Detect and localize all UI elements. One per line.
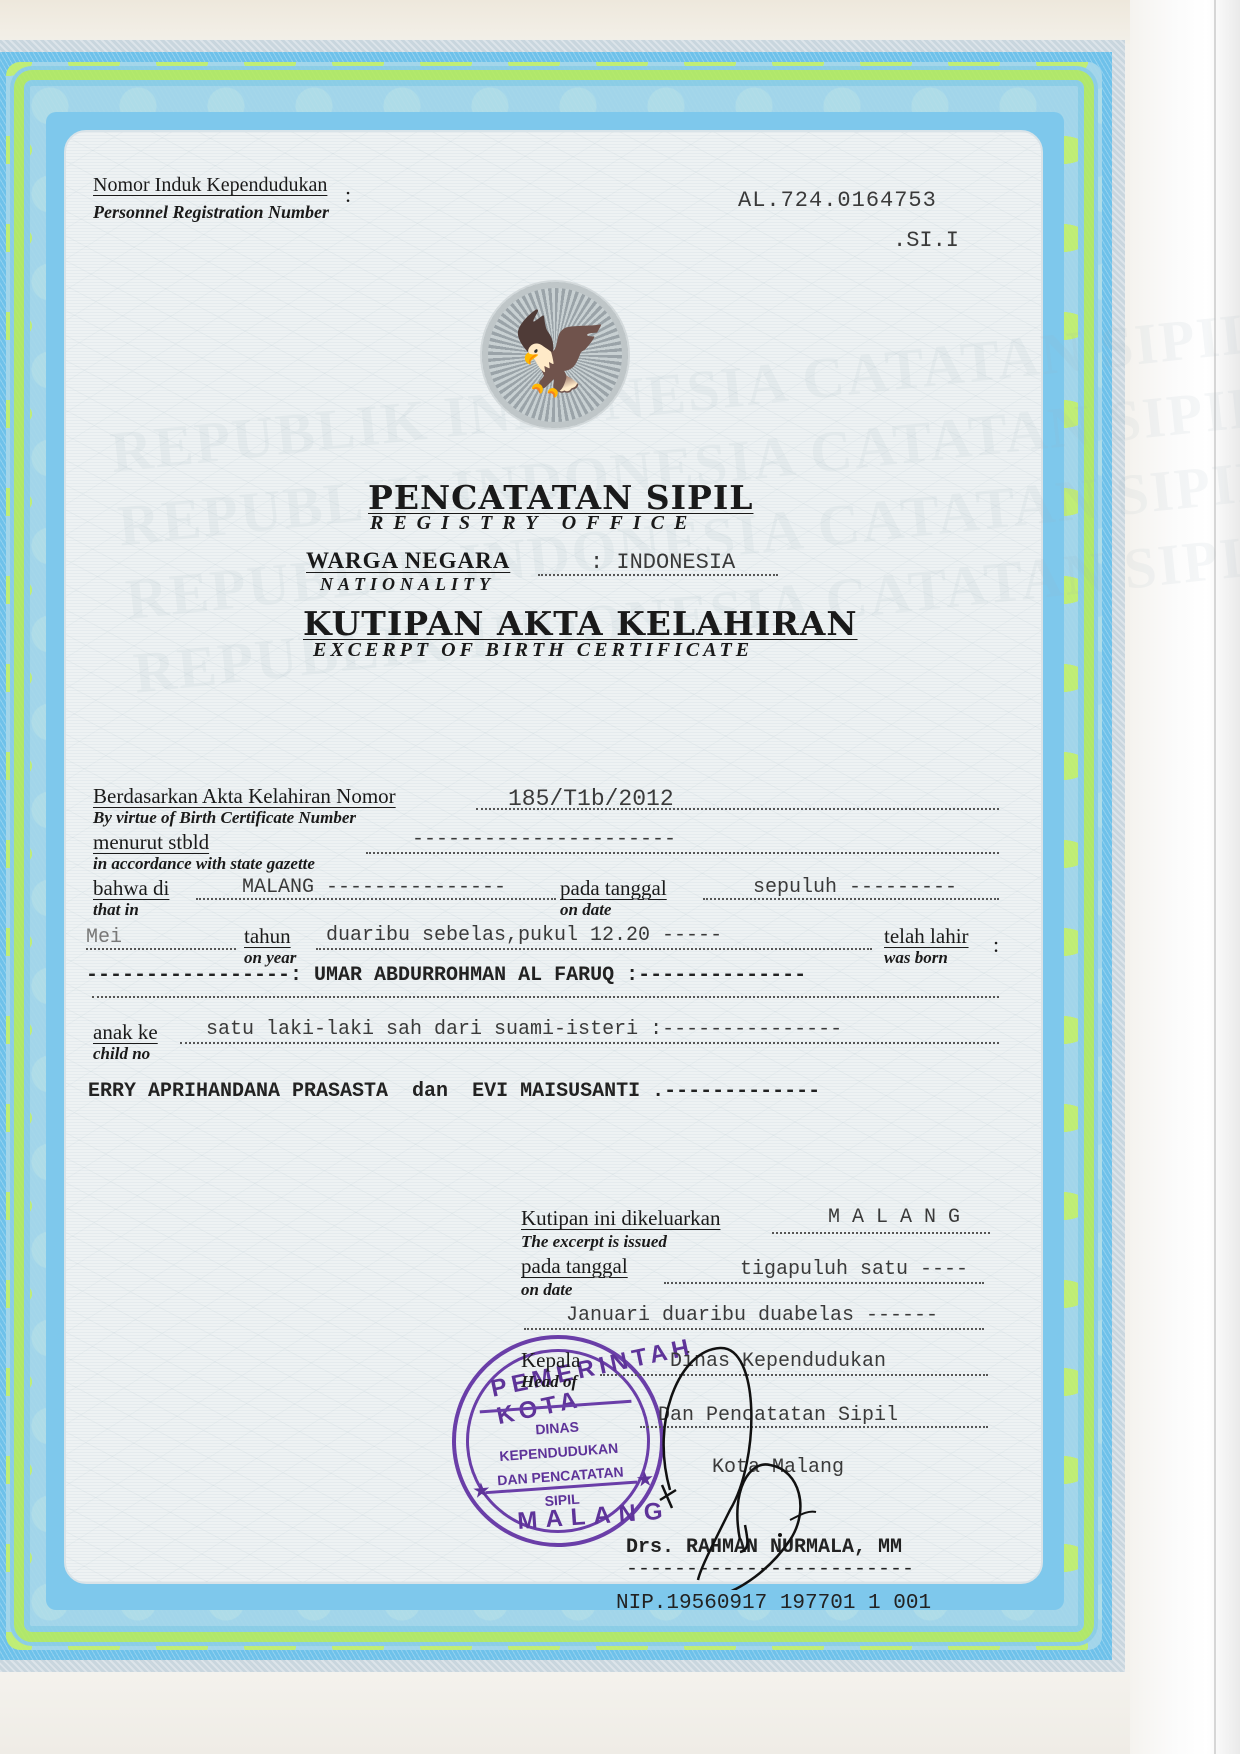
head-dotline [600,1374,988,1376]
head-value-2: Dan Pencatatan Sipil [658,1404,898,1427]
nationality-label-en: NATIONALITY [320,574,495,595]
issued-label-en: The excerpt is issued [521,1232,667,1252]
issued-label: Kutipan ini dikeluarkan [521,1206,720,1231]
official-rule: ------------------------ [626,1558,914,1581]
issue-date-dotline [664,1282,984,1284]
head-dotline-2 [640,1426,988,1428]
issue-date-label: pada tanggal [521,1254,628,1279]
issued-place-dotline [772,1232,990,1234]
certificate-title: KUTIPAN AKTA KELAHIRAN [303,604,858,643]
child-no-label: anak ke [93,1020,158,1045]
issue-date-value: tigapuluh satu ---- [740,1258,968,1281]
birth-month-dotline [86,948,236,950]
head-value: Dinas Kependudukan [670,1350,886,1373]
paper-bottom-margin [0,1672,1130,1754]
birth-year-value: duaribu sebelas,pukul 12.20 ----- [326,924,722,947]
birth-month-value: Mei [86,926,122,949]
nik-suffix: .SI.I [893,228,959,253]
birth-year-label: tahun [244,924,291,949]
nationality-value: : INDONESIA [590,550,735,575]
act-number-label: Berdasarkan Akta Kelahiran Nomor [93,784,396,809]
garuda-emblem-icon: 🦅 [482,282,628,428]
head-value-3: Kota Malang [712,1456,844,1479]
nik-label: Nomor Induk Kependudukan [93,174,327,197]
born-colon: : [993,932,999,958]
nationality-dotline [538,574,778,576]
child-no-dotline [180,1042,999,1044]
issue-date-value-2: Januari duaribu duabelas ------ [566,1304,938,1327]
star-icon: ★ [636,1468,654,1490]
issue-date-label-en: on date [521,1280,572,1300]
scan-paper-edge [1130,0,1240,1754]
paper-top-margin [0,0,1130,44]
birth-date-dotline [703,898,999,900]
nik-label-en: Personnel Registration Number [93,202,329,223]
place-dotline [196,898,556,900]
child-no-value: satu laki-laki sah dari suami-isteri :--… [206,1018,842,1041]
stbld-label: menurut stbld [93,830,209,855]
stbld-label-en: in accordance with state gazette [93,854,315,874]
birth-date-value: sepuluh --------- [753,876,957,899]
child-no-label-en: child no [93,1044,150,1064]
nik-colon: : [345,182,351,208]
birth-year-dotline [316,948,872,950]
issued-place-value: M A L A N G [828,1206,960,1229]
stamp-center: DINAS KEPENDUDUKAN DAN PENCATATAN SIPIL [480,1400,637,1494]
place-label: bahwa di [93,876,169,901]
head-label: Kepala [521,1348,580,1373]
issue-date-dotline-2 [524,1328,984,1330]
act-number-label-en: By virtue of Birth Certificate Number [93,808,356,828]
born-label: telah lahir [884,924,969,949]
nik-value: AL.724.0164753 [738,188,937,213]
child-name: -----------------: UMAR ABDURROHMAN AL F… [86,964,806,987]
nationality-label: WARGA NEGARA [306,548,510,574]
place-value: MALANG --------------- [242,876,506,899]
act-number-dotline [476,808,999,810]
parents-names: ERRY APRIHANDANA PRASASTA dan EVI MAISUS… [88,1080,820,1103]
office-title-en: REGISTRY OFFICE [370,512,697,535]
place-label-en: that in [93,900,139,920]
birth-date-label-en: on date [560,900,611,920]
official-name: Drs. RAHMAN NURMALA, MM [626,1536,902,1559]
eagle-icon: 🦅 [510,308,600,402]
birth-date-label: pada tanggal [560,876,667,901]
official-nip: NIP.19560917 197701 1 001 [616,1592,931,1615]
stbld-dotline [366,852,999,854]
head-label-en: Head of [521,1372,577,1392]
child-name-dotline [92,996,999,998]
born-label-en: was born [884,948,948,968]
certificate-title-en: EXCERPT OF BIRTH CERTIFICATE [313,639,753,662]
star-icon: ★ [473,1480,491,1502]
stbld-value: ---------------------- [412,828,676,851]
